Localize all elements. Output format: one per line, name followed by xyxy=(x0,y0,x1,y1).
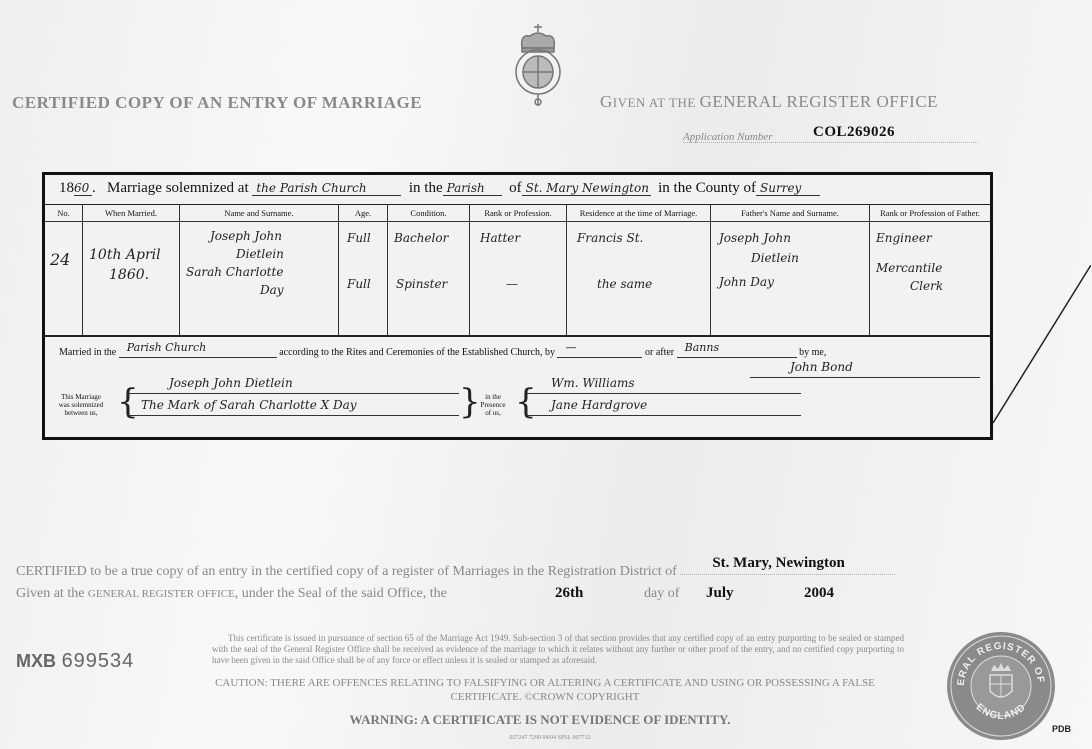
col-no: No. 24 xyxy=(45,205,83,335)
issue-month: July xyxy=(706,585,734,602)
col-age: Age. Full Full xyxy=(339,205,388,335)
issue-day: 26th xyxy=(555,585,583,602)
presence-label: in the Presence of us, xyxy=(473,393,513,417)
county-value: Surrey xyxy=(756,181,820,196)
gro-seal-icon: GENERAL REGISTER OFFICE ENGLAND xyxy=(946,631,1056,741)
col-residence: Residence at the time of Marriage. Franc… xyxy=(567,205,711,335)
married-in-line: Married in the Parish Church according t… xyxy=(59,345,826,358)
solemnized-at-value: the Parish Church xyxy=(252,181,401,196)
solemnized-between-label: This Marriage was solemnized between us, xyxy=(51,393,111,417)
certificate-serial: MXB 699534 xyxy=(16,650,134,673)
officiant-signature: John Bond xyxy=(750,363,980,378)
royal-crest-icon xyxy=(512,22,564,108)
parish-value: St. Mary Newington xyxy=(522,181,651,196)
col-when-married: When Married. 10th April 1860. xyxy=(83,205,180,335)
register-table: No. 24 When Married. 10th April 1860. Na… xyxy=(45,204,990,337)
form-codes: 027247 7290 04/04 SPSL 007712 xyxy=(420,735,680,741)
col-condition: Condition. Bachelor Spinster xyxy=(388,205,470,335)
certification-statement: CERTIFIED to be a true copy of an entry … xyxy=(16,562,895,580)
application-number-label: Application Number xyxy=(683,131,773,143)
registration-district: St. Mary, Newington xyxy=(712,555,845,572)
identity-warning: WARNING: A CERTIFICATE IS NOT EVIDENCE O… xyxy=(240,712,840,728)
day-of-label: day of xyxy=(644,586,679,602)
col-profession: Rank or Profession. Hatter — xyxy=(470,205,567,335)
given-at-heading: GIVEN AT THE GENERAL REGISTER OFFICE xyxy=(600,92,938,112)
register-heading: 1860. Marriage solemnized at the Parish … xyxy=(59,180,820,197)
col-father-profession: Rank or Profession of Father. Engineer M… xyxy=(870,205,990,335)
registrar-initials: PDB xyxy=(1052,724,1071,734)
witness-2-signature: Jane Hardgrove xyxy=(527,401,801,416)
witness-1-signature: Wm. Williams xyxy=(527,379,801,394)
col-father-name: Father's Name and Surname. Joseph John D… xyxy=(711,205,870,335)
certificate-title: CERTIFIED COPY OF AN ENTRY OF MARRIAGE xyxy=(12,93,422,113)
col-name: Name and Surname. Joseph John Dietlein S… xyxy=(180,205,339,335)
bride-signature: The Mark of Sarah Charlotte X Day xyxy=(129,401,459,416)
groom-signature: Joseph John Dietlein xyxy=(129,379,459,394)
cancellation-stroke xyxy=(991,265,1091,425)
register-entry: 1860. Marriage solemnized at the Parish … xyxy=(42,172,993,440)
in-the-value: Parish xyxy=(443,181,502,196)
legal-notice: This certificate is issued in pursuance … xyxy=(212,633,904,666)
caution-notice: CAUTION: THERE ARE OFFENCES RELATING TO … xyxy=(190,676,900,704)
application-number-field: Application Number COL269026 xyxy=(683,124,978,143)
issue-year: 2004 xyxy=(804,585,834,602)
given-at-statement: Given at the General Register Office, un… xyxy=(16,586,447,602)
application-number-value: COL269026 xyxy=(813,124,895,141)
